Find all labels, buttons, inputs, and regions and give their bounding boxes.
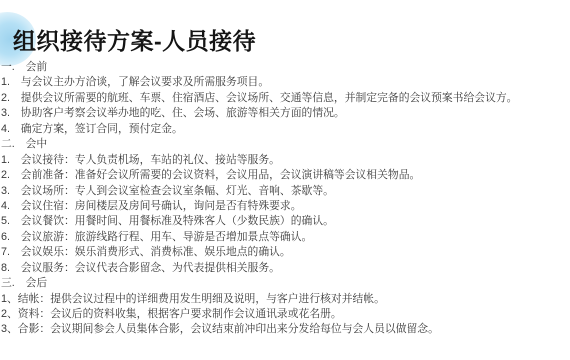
list-item: 1、结帐：提供会议过程中的详细费用发生明细及说明，与客户进行核对并结帐。 [1, 292, 569, 307]
list-item: 6. 会议旅游：旅游线路行程、用车、导游是否增加景点等确认。 [1, 230, 569, 245]
list-item: 2. 会前准备：准备好会议所需要的会议资料，会议用品，会议演讲稿等会议相关物品。 [1, 168, 569, 183]
list-item: 2. 提供会议所需要的航班、车票、住宿酒店、会议场所、交通等信息，并制定完备的会… [1, 91, 569, 106]
document-body: 一. 会前1. 与会议主办方洽谈，了解会议要求及所需服务项目。2. 提供会议所需… [1, 60, 569, 338]
list-item: 3. 协助客户考察会议举办地的吃、住、会场、旅游等相关方面的情况。 [1, 106, 569, 121]
list-item: 3. 会议场所：专人到会议室检查会议室条幅、灯光、音响、茶歇等。 [1, 184, 569, 199]
section-heading: 二. 会中 [1, 137, 569, 152]
section-heading: 三. 会后 [1, 276, 569, 291]
list-item: 1. 与会议主办方洽谈，了解会议要求及所需服务项目。 [1, 75, 569, 90]
list-item: 4. 会议住宿：房间楼层及房间号确认，询问是否有特殊要求。 [1, 199, 569, 214]
list-item: 5. 会议餐饮：用餐时间、用餐标准及特殊客人（少数民族）的确认。 [1, 214, 569, 229]
list-item: 1. 会议接待：专人负责机场，车站的礼仪、接站等服务。 [1, 153, 569, 168]
list-item: 2、资料：会议后的资料收集，根据客户要求制作会议通讯录或花名册。 [1, 307, 569, 322]
list-item: 8. 会议服务：会议代表合影留念、为代表提供相关服务。 [1, 261, 569, 276]
page-title: 组织接待方案-人员接待 [13, 26, 256, 56]
section-heading: 一. 会前 [1, 60, 569, 75]
slide-page: 组织接待方案-人员接待 一. 会前1. 与会议主办方洽谈，了解会议要求及所需服务… [0, 0, 570, 360]
list-item: 4. 确定方案，签订合同，预付定金。 [1, 122, 569, 137]
list-item: 3、合影：会议期间参会人员集体合影，会议结束前冲印出来分发给每位与会人员以做留念… [1, 322, 569, 337]
list-item: 7. 会议娱乐：娱乐消费形式、消费标准、娱乐地点的确认。 [1, 245, 569, 260]
